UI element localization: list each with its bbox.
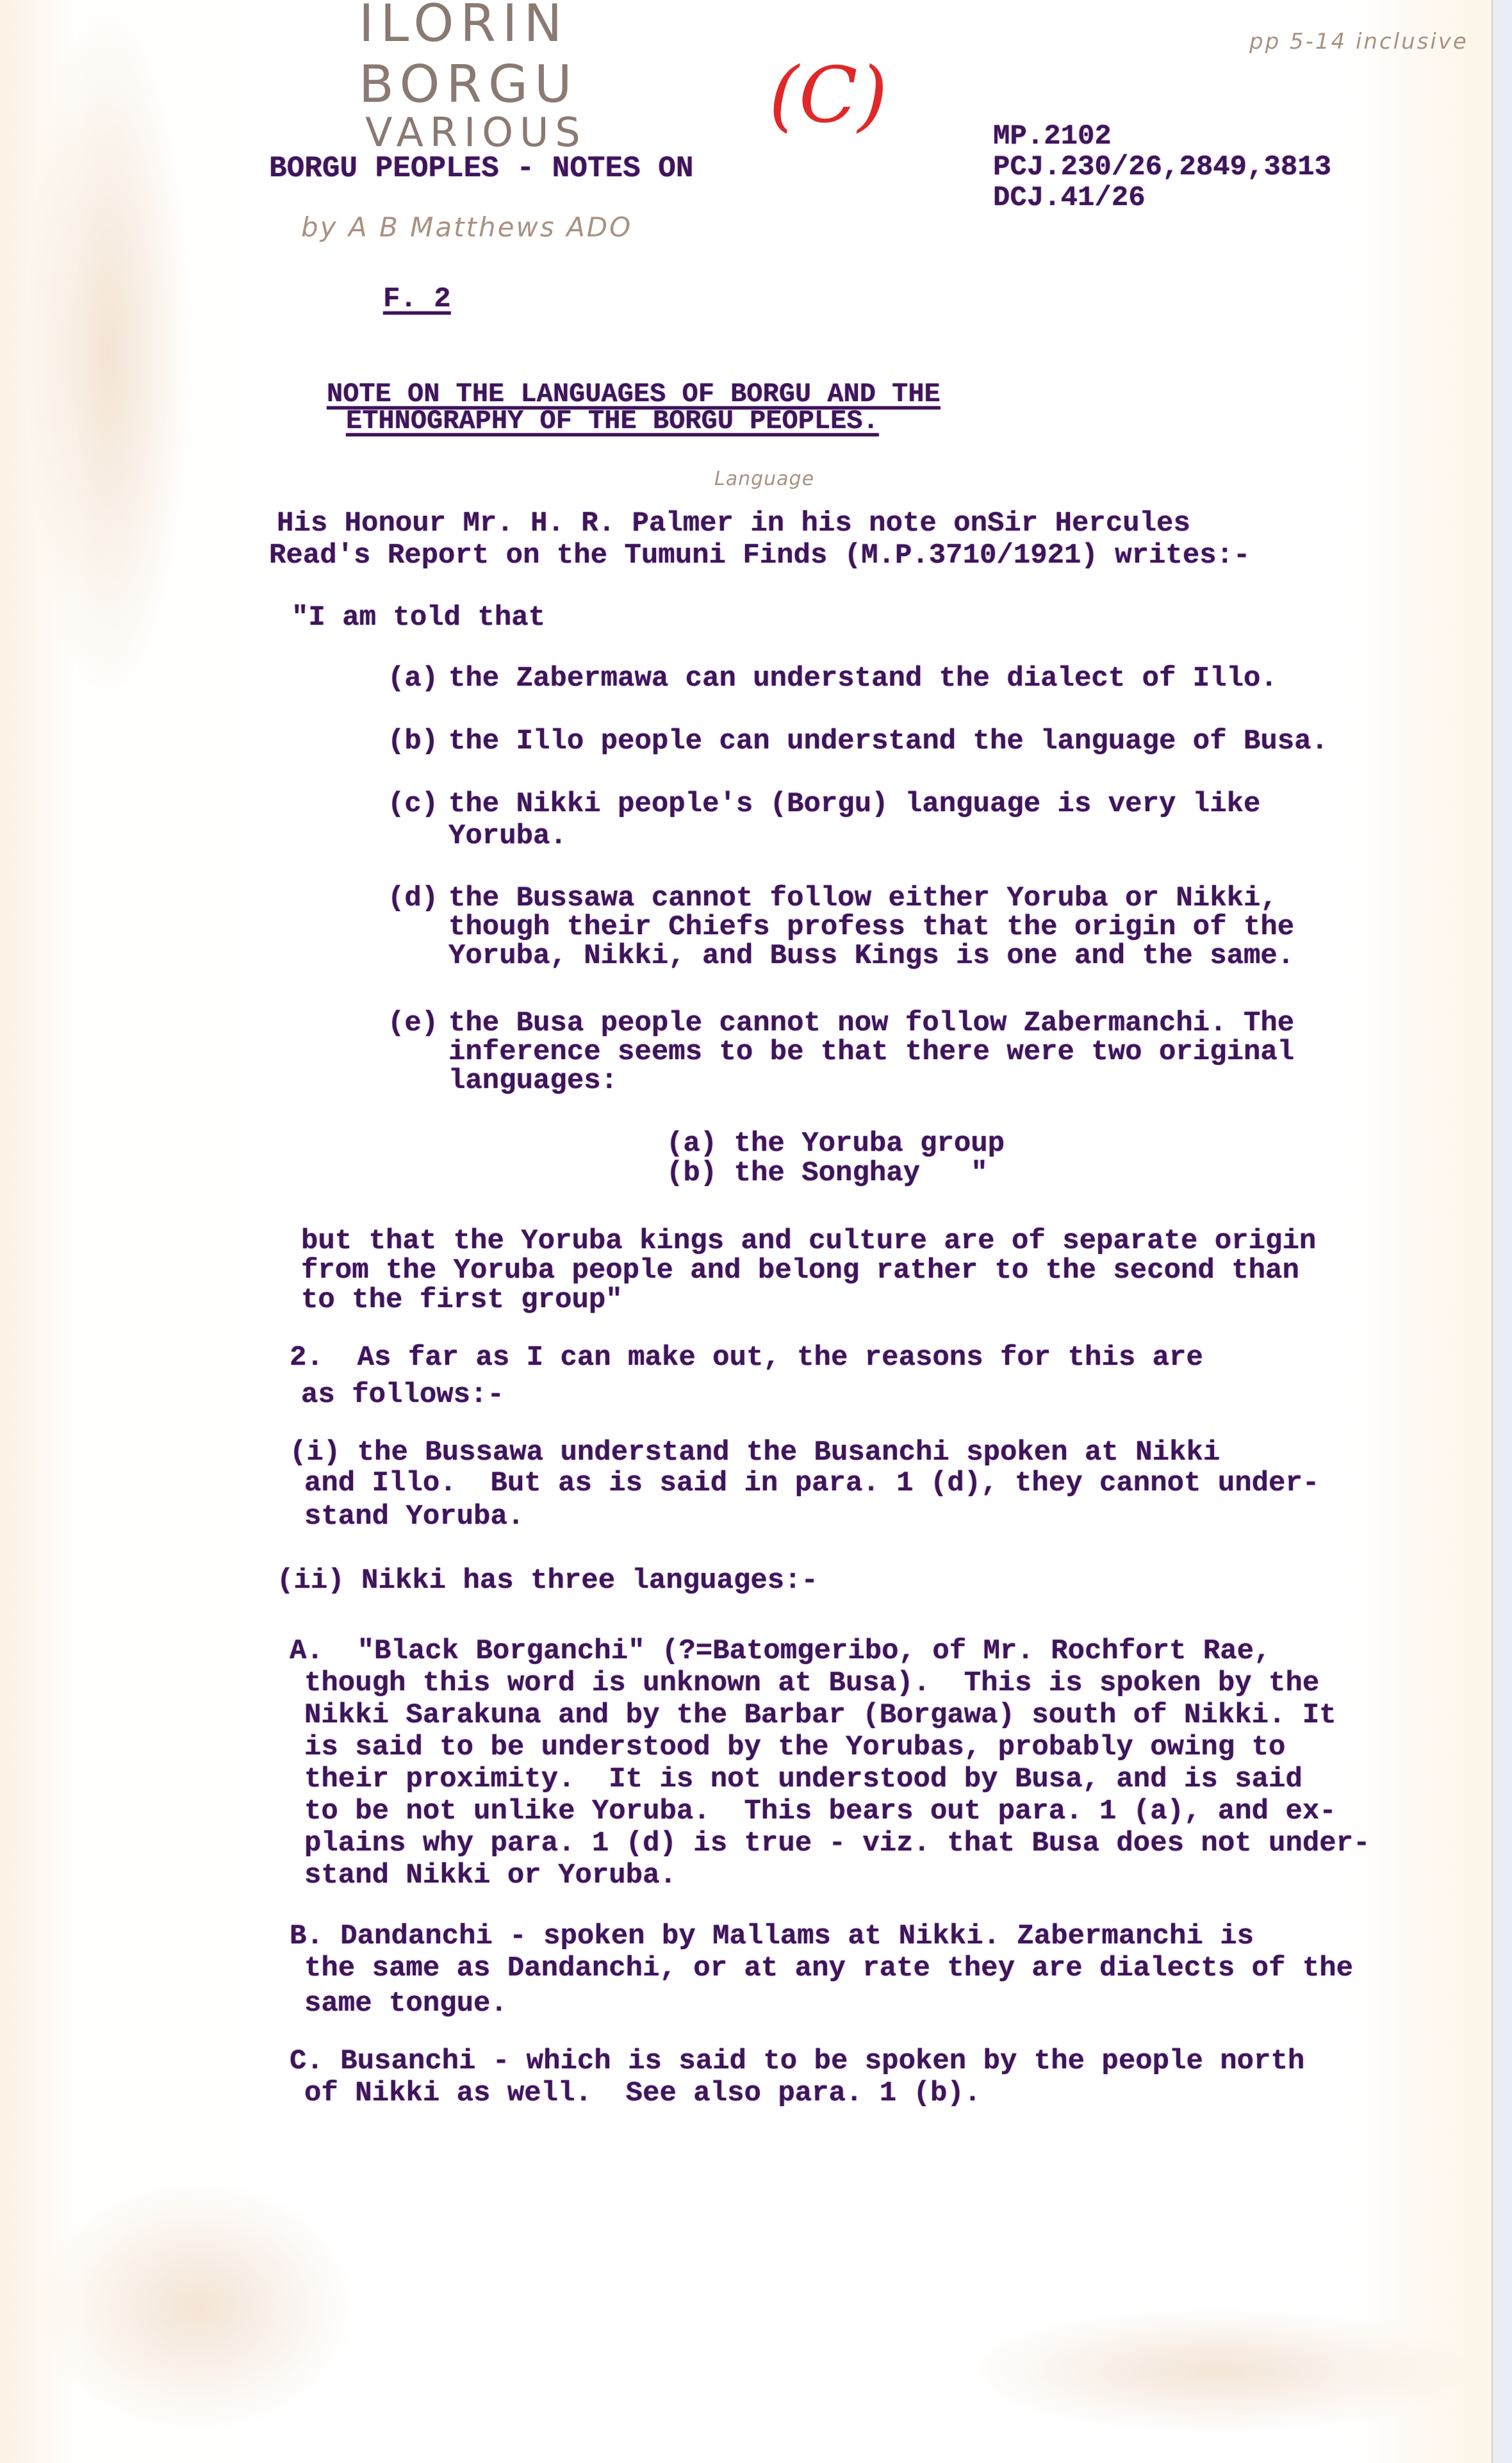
page-edge <box>1491 0 1512 2463</box>
intro-line-2: Read's Report on the Tumuni Finds (M.P.3… <box>269 538 1250 573</box>
para2-line-2: as follows:- <box>301 1378 504 1412</box>
quote-open: "I am told that <box>292 600 545 635</box>
quote-item-b-text: the Illo people can understand the langu… <box>448 724 1328 759</box>
reference-dcj: DCJ.41/26 <box>993 182 1146 214</box>
quote-item-d-label: (d) <box>388 881 438 916</box>
handwritten-byline: by A B Matthews ADO <box>301 211 632 243</box>
paper-stain <box>961 2307 1474 2435</box>
lang-b-line-3: same tongue. <box>304 1986 507 2021</box>
intro-line-1: His Honour Mr. H. R. Palmer in his note … <box>192 506 1190 541</box>
heading-line-2: ETHNOGRAPHY OF THE BORGU PEOPLES. <box>346 404 879 438</box>
para-i-line-3: stand Yoruba. <box>304 1499 524 1534</box>
quote-item-c-label: (c) <box>388 787 438 821</box>
reference-mp: MP.2102 <box>993 120 1112 152</box>
reference-pcj: PCJ.230/26,2849,3813 <box>993 151 1331 183</box>
lang-a-line-3: Nikki Sarakuna and by the Barbar (Borgaw… <box>304 1698 1336 1733</box>
lang-a-line-1: A. "Black Borganchi" (?=Batomgeribo, of … <box>205 1634 1270 1668</box>
quote-item-d-line-3: Yoruba, Nikki, and Buss Kings is one and… <box>448 939 1294 973</box>
quote-item-c-line-2: Yoruba. <box>448 819 567 853</box>
lang-a-line-4: is said to be understood by the Yorubas,… <box>304 1730 1285 1765</box>
handwritten-ilorin: ILORIN <box>359 0 568 53</box>
para-i-line-2: and Illo. But as is said in para. 1 (d),… <box>304 1466 1319 1501</box>
group-songhay: (b) the Songhay " <box>666 1156 988 1190</box>
lang-a-line-5: their proximity. It is not understood by… <box>304 1762 1302 1797</box>
para-ii: (ii) Nikki has three languages:- <box>192 1563 818 1598</box>
lang-a-line-8: stand Nikki or Yoruba. <box>304 1858 677 1893</box>
quote-close-line-3: to the first group" <box>301 1283 623 1317</box>
lang-a-line-6: to be not unlike Yoruba. This bears out … <box>304 1794 1336 1829</box>
quote-item-e-line-3: languages: <box>448 1064 618 1098</box>
handwritten-borgu: BORGU <box>359 54 579 114</box>
red-circle-c-mark: (C) <box>769 51 887 140</box>
paper-stain <box>26 0 192 705</box>
quote-item-a: the Zabermawa can understand the dialect… <box>410 661 1278 696</box>
para2-line-1: 2. As far as I can make out, the reasons… <box>205 1340 1203 1375</box>
lang-c-line-2: of Nikki as well. See also para. 1 (b). <box>304 2076 981 2111</box>
para-i-line-1: (i) the Bussawa understand the Busanchi … <box>205 1435 1220 1470</box>
quote-item-b-label: (b) <box>388 724 438 759</box>
handwritten-language-note: Language <box>714 468 814 490</box>
handwritten-various: VARIOUS <box>365 109 587 156</box>
document-page: ILORIN BORGU VARIOUS by A B Matthews ADO… <box>0 0 1493 2463</box>
lang-a-line-2: though this word is unknown at Busa). Th… <box>304 1666 1319 1701</box>
lang-b-line-1: B. Dandanchi - spoken by Mallams at Nikk… <box>205 1919 1254 1954</box>
lang-a-line-7: plains why para. 1 (d) is true - viz. th… <box>304 1826 1370 1861</box>
section-number: F. 2 <box>383 282 451 317</box>
document-title: BORGU PEOPLES - NOTES ON <box>269 151 694 186</box>
lang-b-line-2: the same as Dandanchi, or at any rate th… <box>304 1951 1353 1986</box>
handwritten-page-range: pp 5-14 inclusive <box>1249 29 1468 54</box>
quote-item-c-line-1: the Nikki people's (Borgu) language is v… <box>448 787 1260 821</box>
paper-stain <box>38 2179 359 2435</box>
quote-item-e-label: (e) <box>388 1006 438 1041</box>
lang-c-line-1: C. Busanchi - which is said to be spoken… <box>205 2044 1304 2079</box>
quote-item-a-text: the Zabermawa can understand the dialect… <box>448 663 1278 695</box>
